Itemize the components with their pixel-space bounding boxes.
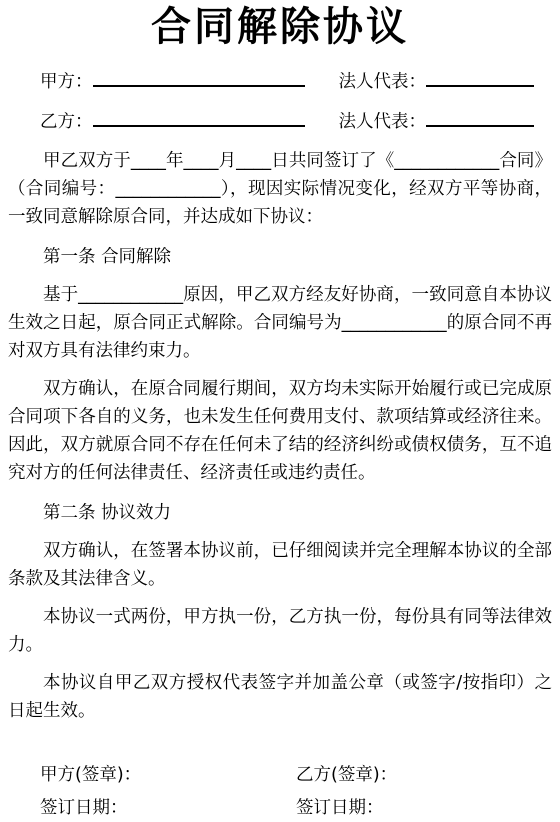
article-2-paragraph-3: 本协议自甲乙双方授权代表签字并加盖公章（或签字/按指印）之日起生效。 [8, 669, 552, 725]
party-b-label: 乙方： [40, 108, 93, 137]
article-1-heading: 第一条 合同解除 [8, 243, 552, 271]
party-b-date-label: 签订日期： [296, 794, 552, 822]
signature-date-row: 签订日期： 签订日期： [40, 794, 552, 822]
party-b-sign-label: 乙方(签章)： [296, 761, 552, 790]
party-b-rep-label: 法人代表： [339, 108, 427, 137]
signature-stamp-row: 甲方(签章)： 乙方(签章)： [40, 761, 552, 790]
party-b-row: 乙方： 法人代表： [40, 106, 552, 137]
party-a-name-line [93, 66, 305, 87]
page-title: 合同解除协议 [8, 2, 552, 52]
article-2-heading: 第二条 协议效力 [8, 499, 552, 527]
intro-paragraph: 甲乙双方于____年____月____日共同签订了《____________合同… [8, 147, 552, 231]
article-2-paragraph-2: 本协议一式两份，甲方执一份，乙方执一份，每份具有同等法律效力。 [8, 603, 552, 659]
article-1-paragraph-1: 基于____________原因，甲乙双方经友好协商，一致同意自本协议生效之日起… [8, 281, 552, 365]
party-b-rep-line [426, 106, 534, 127]
signature-block: 甲方(签章)： 乙方(签章)： 签订日期： 签订日期： [8, 761, 552, 822]
party-a-rep-line [426, 66, 534, 87]
party-a-label: 甲方： [40, 68, 93, 97]
article-2-paragraph-1: 双方确认，在签署本协议前，已仔细阅读并完全理解本协议的全部条款及其法律含义。 [8, 537, 552, 593]
party-a-row: 甲方： 法人代表： [40, 66, 552, 97]
party-a-rep-label: 法人代表： [339, 68, 427, 97]
party-b-name-line [93, 106, 305, 127]
party-a-date-label: 签订日期： [40, 794, 296, 822]
article-1-paragraph-2: 双方确认，在原合同履行期间，双方均未实际开始履行或已完成原合同项下各自的义务，也… [8, 375, 552, 487]
contract-document: 合同解除协议 甲方： 法人代表： 乙方： 法人代表： 甲乙双方于____年___… [0, 0, 560, 822]
party-a-sign-label: 甲方(签章)： [40, 761, 296, 790]
